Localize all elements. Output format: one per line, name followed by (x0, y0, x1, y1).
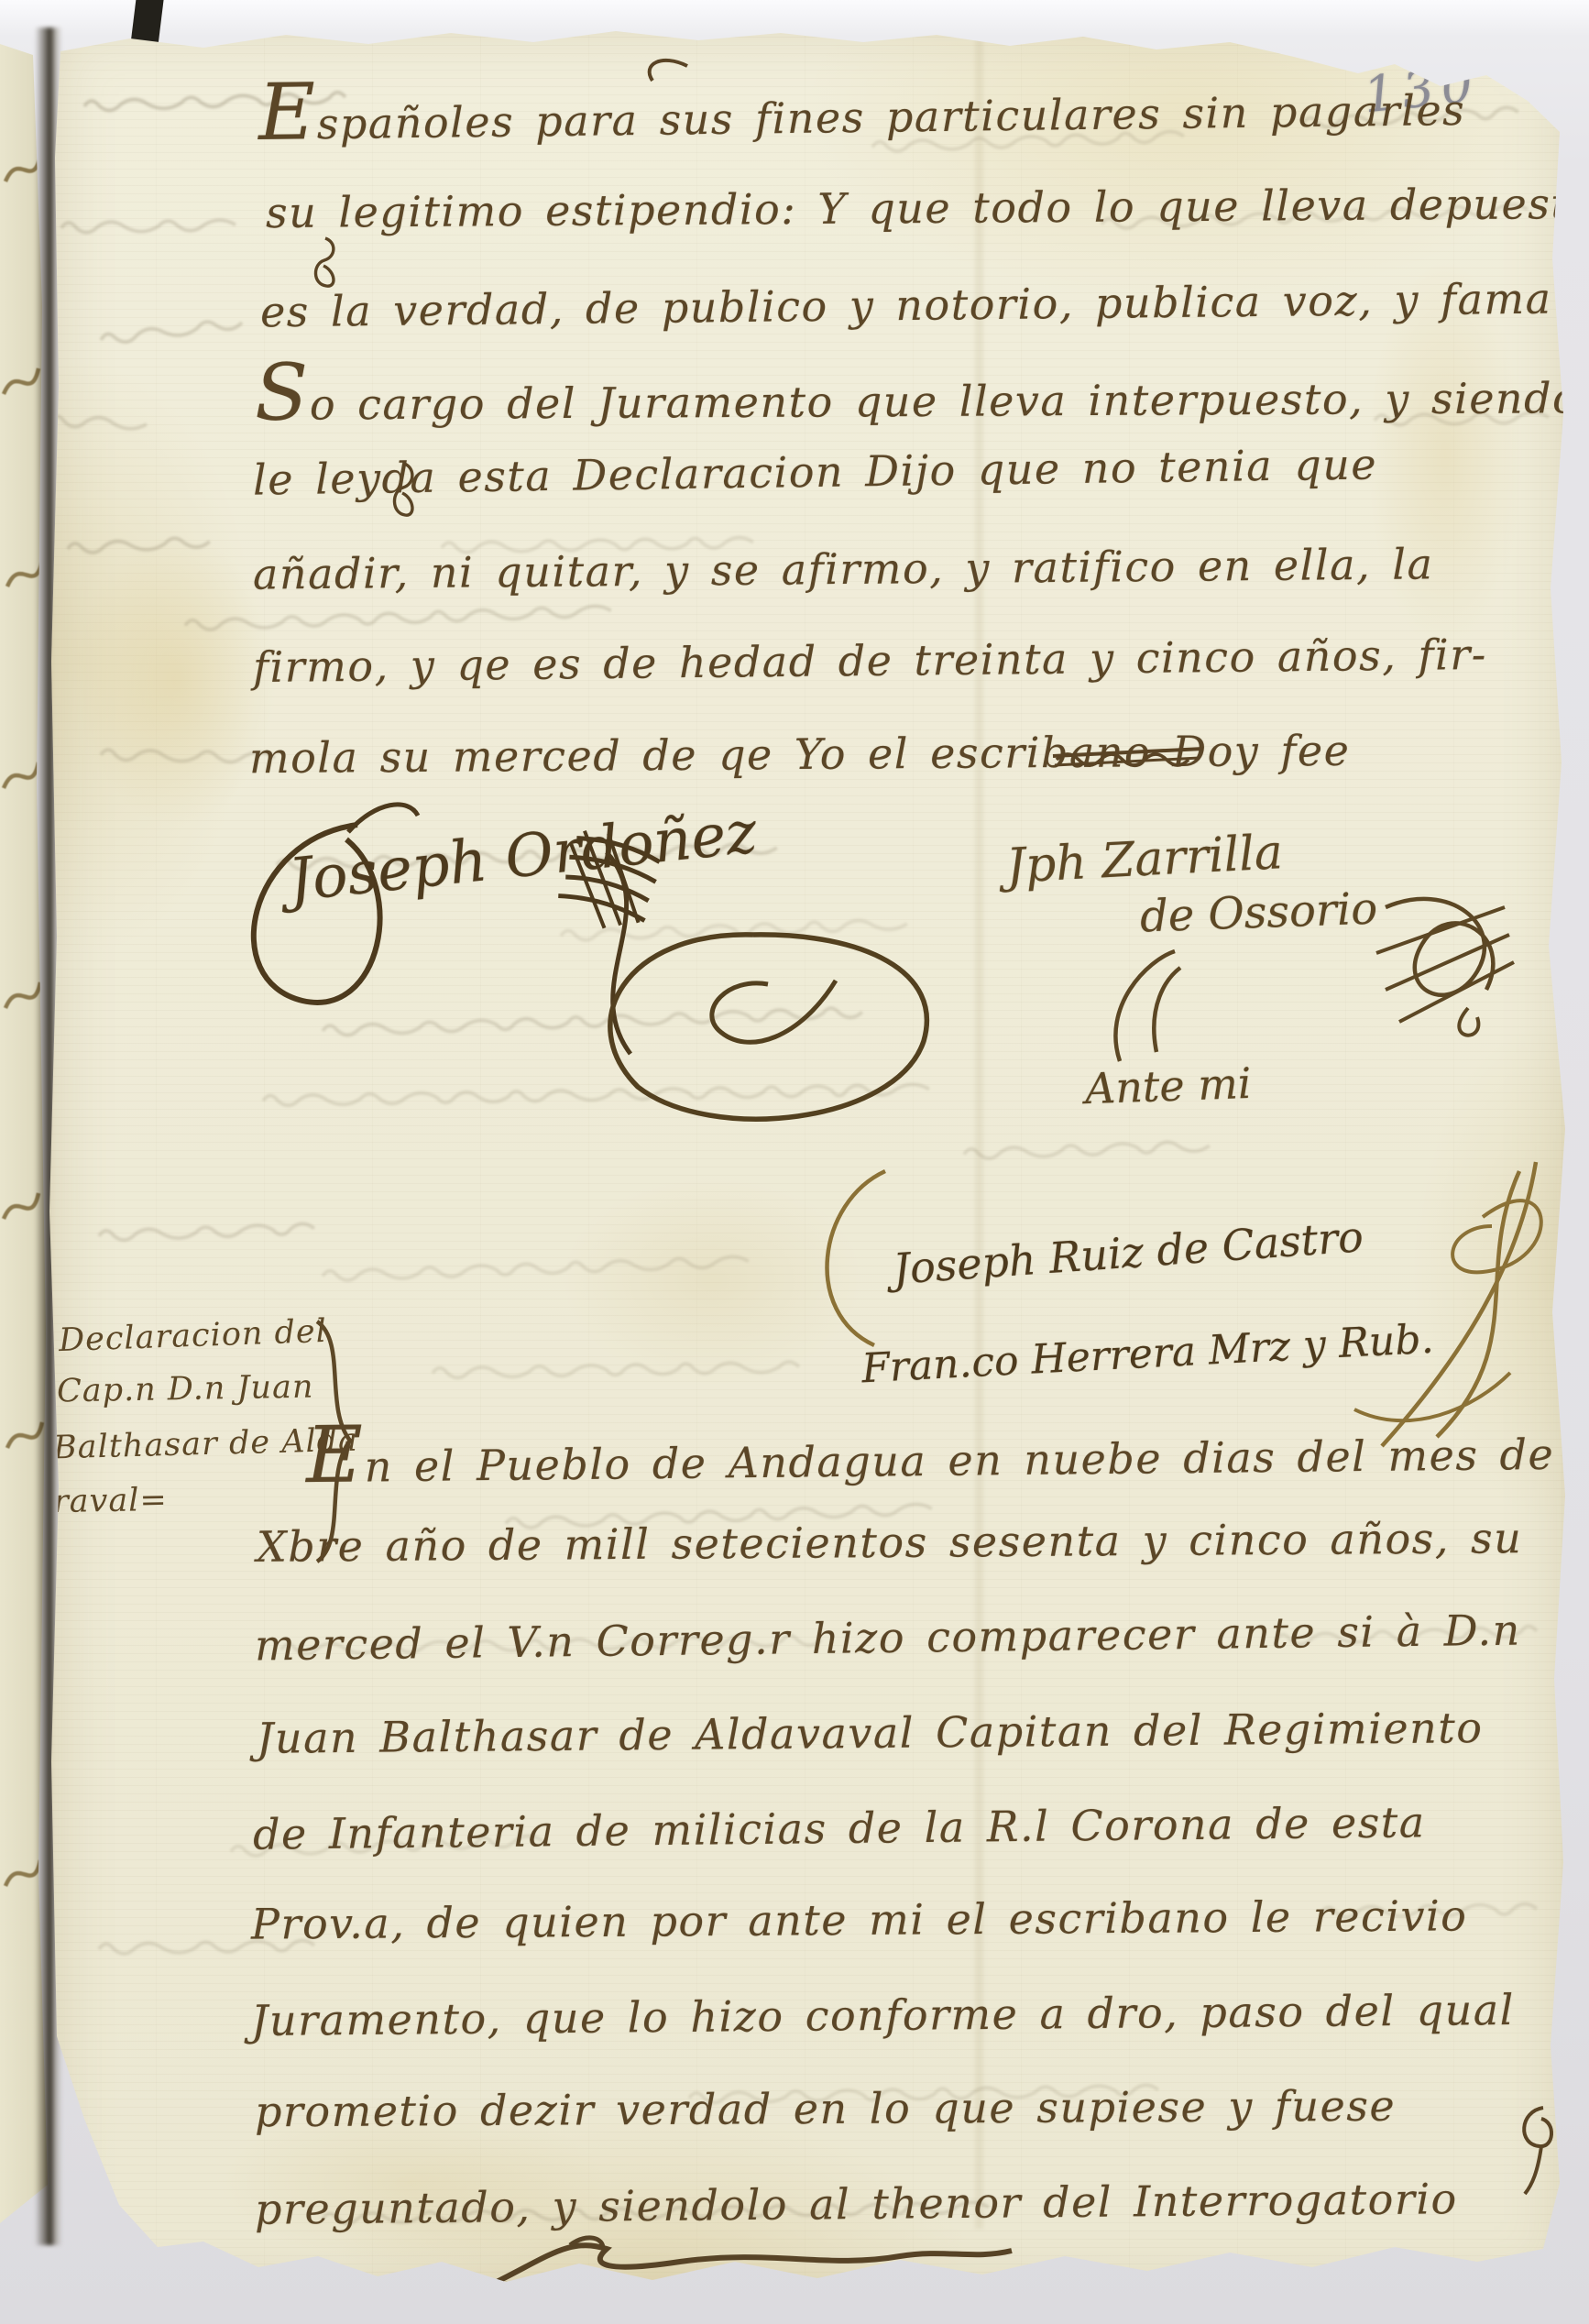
manuscript-line: So cargo del Juramento que lleva interpu… (255, 357, 1580, 428)
bleedthrough-squiggle (100, 315, 221, 354)
bleedthrough-squiggle (964, 1135, 1203, 1167)
bleedthrough-squiggle (99, 1219, 292, 1249)
manuscript-line: Juramento, que lo hizo conforme a dro, p… (251, 1987, 1515, 2044)
ante-mi: Ante mi (1084, 1058, 1252, 1113)
manuscript-line: añadir, ni quitar, y se afirmo, y ratifi… (253, 541, 1434, 597)
manuscript-line: Xbre año de mill setecientos sesenta y c… (257, 1515, 1523, 1570)
descender-flourish (310, 233, 341, 293)
bleedthrough-squiggle (323, 1253, 718, 1290)
manuscript-line: Prov.a, de quien por ante mi el escriban… (251, 1892, 1468, 1947)
manuscript-scan: 130 Españoles para sus fines particulare… (0, 0, 1589, 2324)
margin-note-line: raval= (53, 1482, 168, 1520)
bleedthrough-squiggle (185, 602, 580, 640)
signature-ruiz-loop (790, 1157, 909, 1367)
signature-herrera-flourish (1327, 1135, 1556, 1455)
manuscript-line: Juan Balthasar de Aldavaval Capitan del … (257, 1705, 1484, 1761)
manuscript-page: 130 Españoles para sus fines particulare… (48, 20, 1571, 2297)
binding-notch (131, 0, 164, 44)
manuscript-line: En el Pueblo de Andagua en nuebe dias de… (306, 1414, 1555, 1491)
manuscript-line: su legitimo estipendio: Y que todo lo qu… (266, 181, 1589, 236)
ante-mi-rubric (1092, 942, 1193, 1070)
signature-oval-flourish (561, 920, 927, 1140)
bleedthrough-squiggle (101, 745, 257, 772)
descender-flourish (389, 458, 420, 522)
bleedthrough-squiggle (433, 1357, 790, 1387)
bottom-flourish (222, 2218, 1028, 2309)
manuscript-line: Españoles para sus fines particulares si… (258, 70, 1466, 148)
bleedthrough-squiggle (67, 532, 205, 563)
bleedthrough-squiggle (49, 411, 142, 437)
line-end-flourish (1510, 2099, 1556, 2199)
bleedthrough-squiggle (61, 214, 236, 241)
signature-rubric-knot (1367, 871, 1523, 1045)
signature-zarrilla-line2: de Ossorio (1139, 882, 1378, 942)
manuscript-line: prometio dezir verdad en lo que supiese … (255, 2083, 1396, 2135)
crossed-out-word (1049, 729, 1214, 780)
margin-note-line: Cap.n D.n Juan (57, 1369, 314, 1410)
